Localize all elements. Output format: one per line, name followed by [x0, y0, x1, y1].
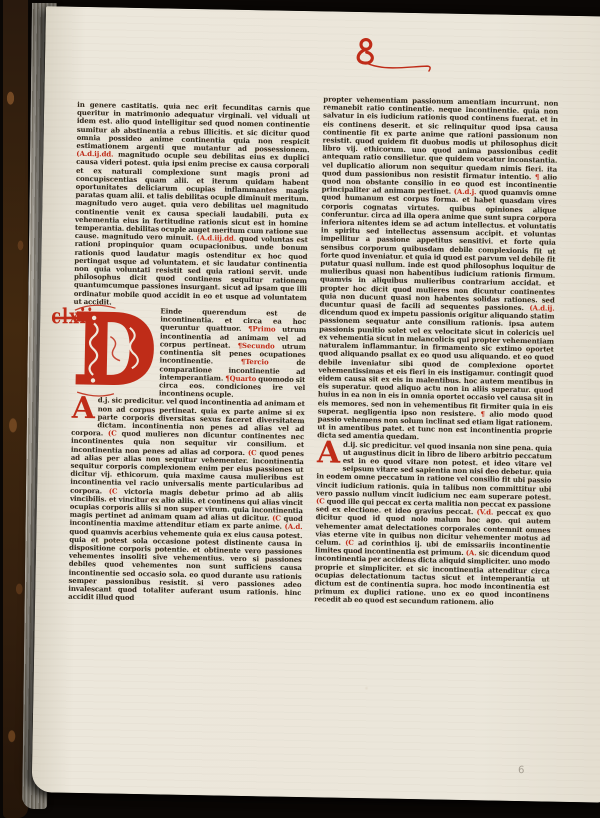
- paragraph-with-lombard-initial: A d.ij. sic predicitur. vel quod insania…: [314, 440, 552, 608]
- paragraph-with-lombard-initial: A d.j. sic predicitur. vel quod incontin…: [68, 396, 305, 605]
- question-list-text: Einde querendum est de incontinentia. et…: [159, 306, 307, 398]
- decorated-initial-letter: D: [73, 295, 156, 406]
- rubric-flourish-icon: [345, 34, 434, 84]
- response-text: d.j. sic predicitur. vel quod incontinen…: [68, 396, 305, 603]
- paragraph: propter vehementiam passionum amentiam i…: [317, 95, 558, 444]
- left-text-column: in genere castitatis. quia nec erit fecu…: [67, 101, 310, 680]
- response-text: d.ij. sic predicitur. vel quod insania n…: [314, 439, 552, 607]
- decorated-initial-d: D: [72, 307, 156, 394]
- paragraph: in genere castitatis. quia nec erit fecu…: [74, 101, 311, 310]
- paragraph-with-decorated-initial: D Einde querendum est de incontinentia. …: [72, 306, 307, 400]
- right-text-column: propter vehementiam passionum amentiam i…: [313, 95, 558, 674]
- manuscript-page: clxii in genere castitatis. quia nec eri…: [32, 6, 600, 802]
- pencil-annotation: 6: [518, 765, 529, 776]
- lombard-initial-a-right: A: [317, 440, 340, 465]
- photo-background: clxii in genere castitatis. quia nec eri…: [0, 0, 600, 818]
